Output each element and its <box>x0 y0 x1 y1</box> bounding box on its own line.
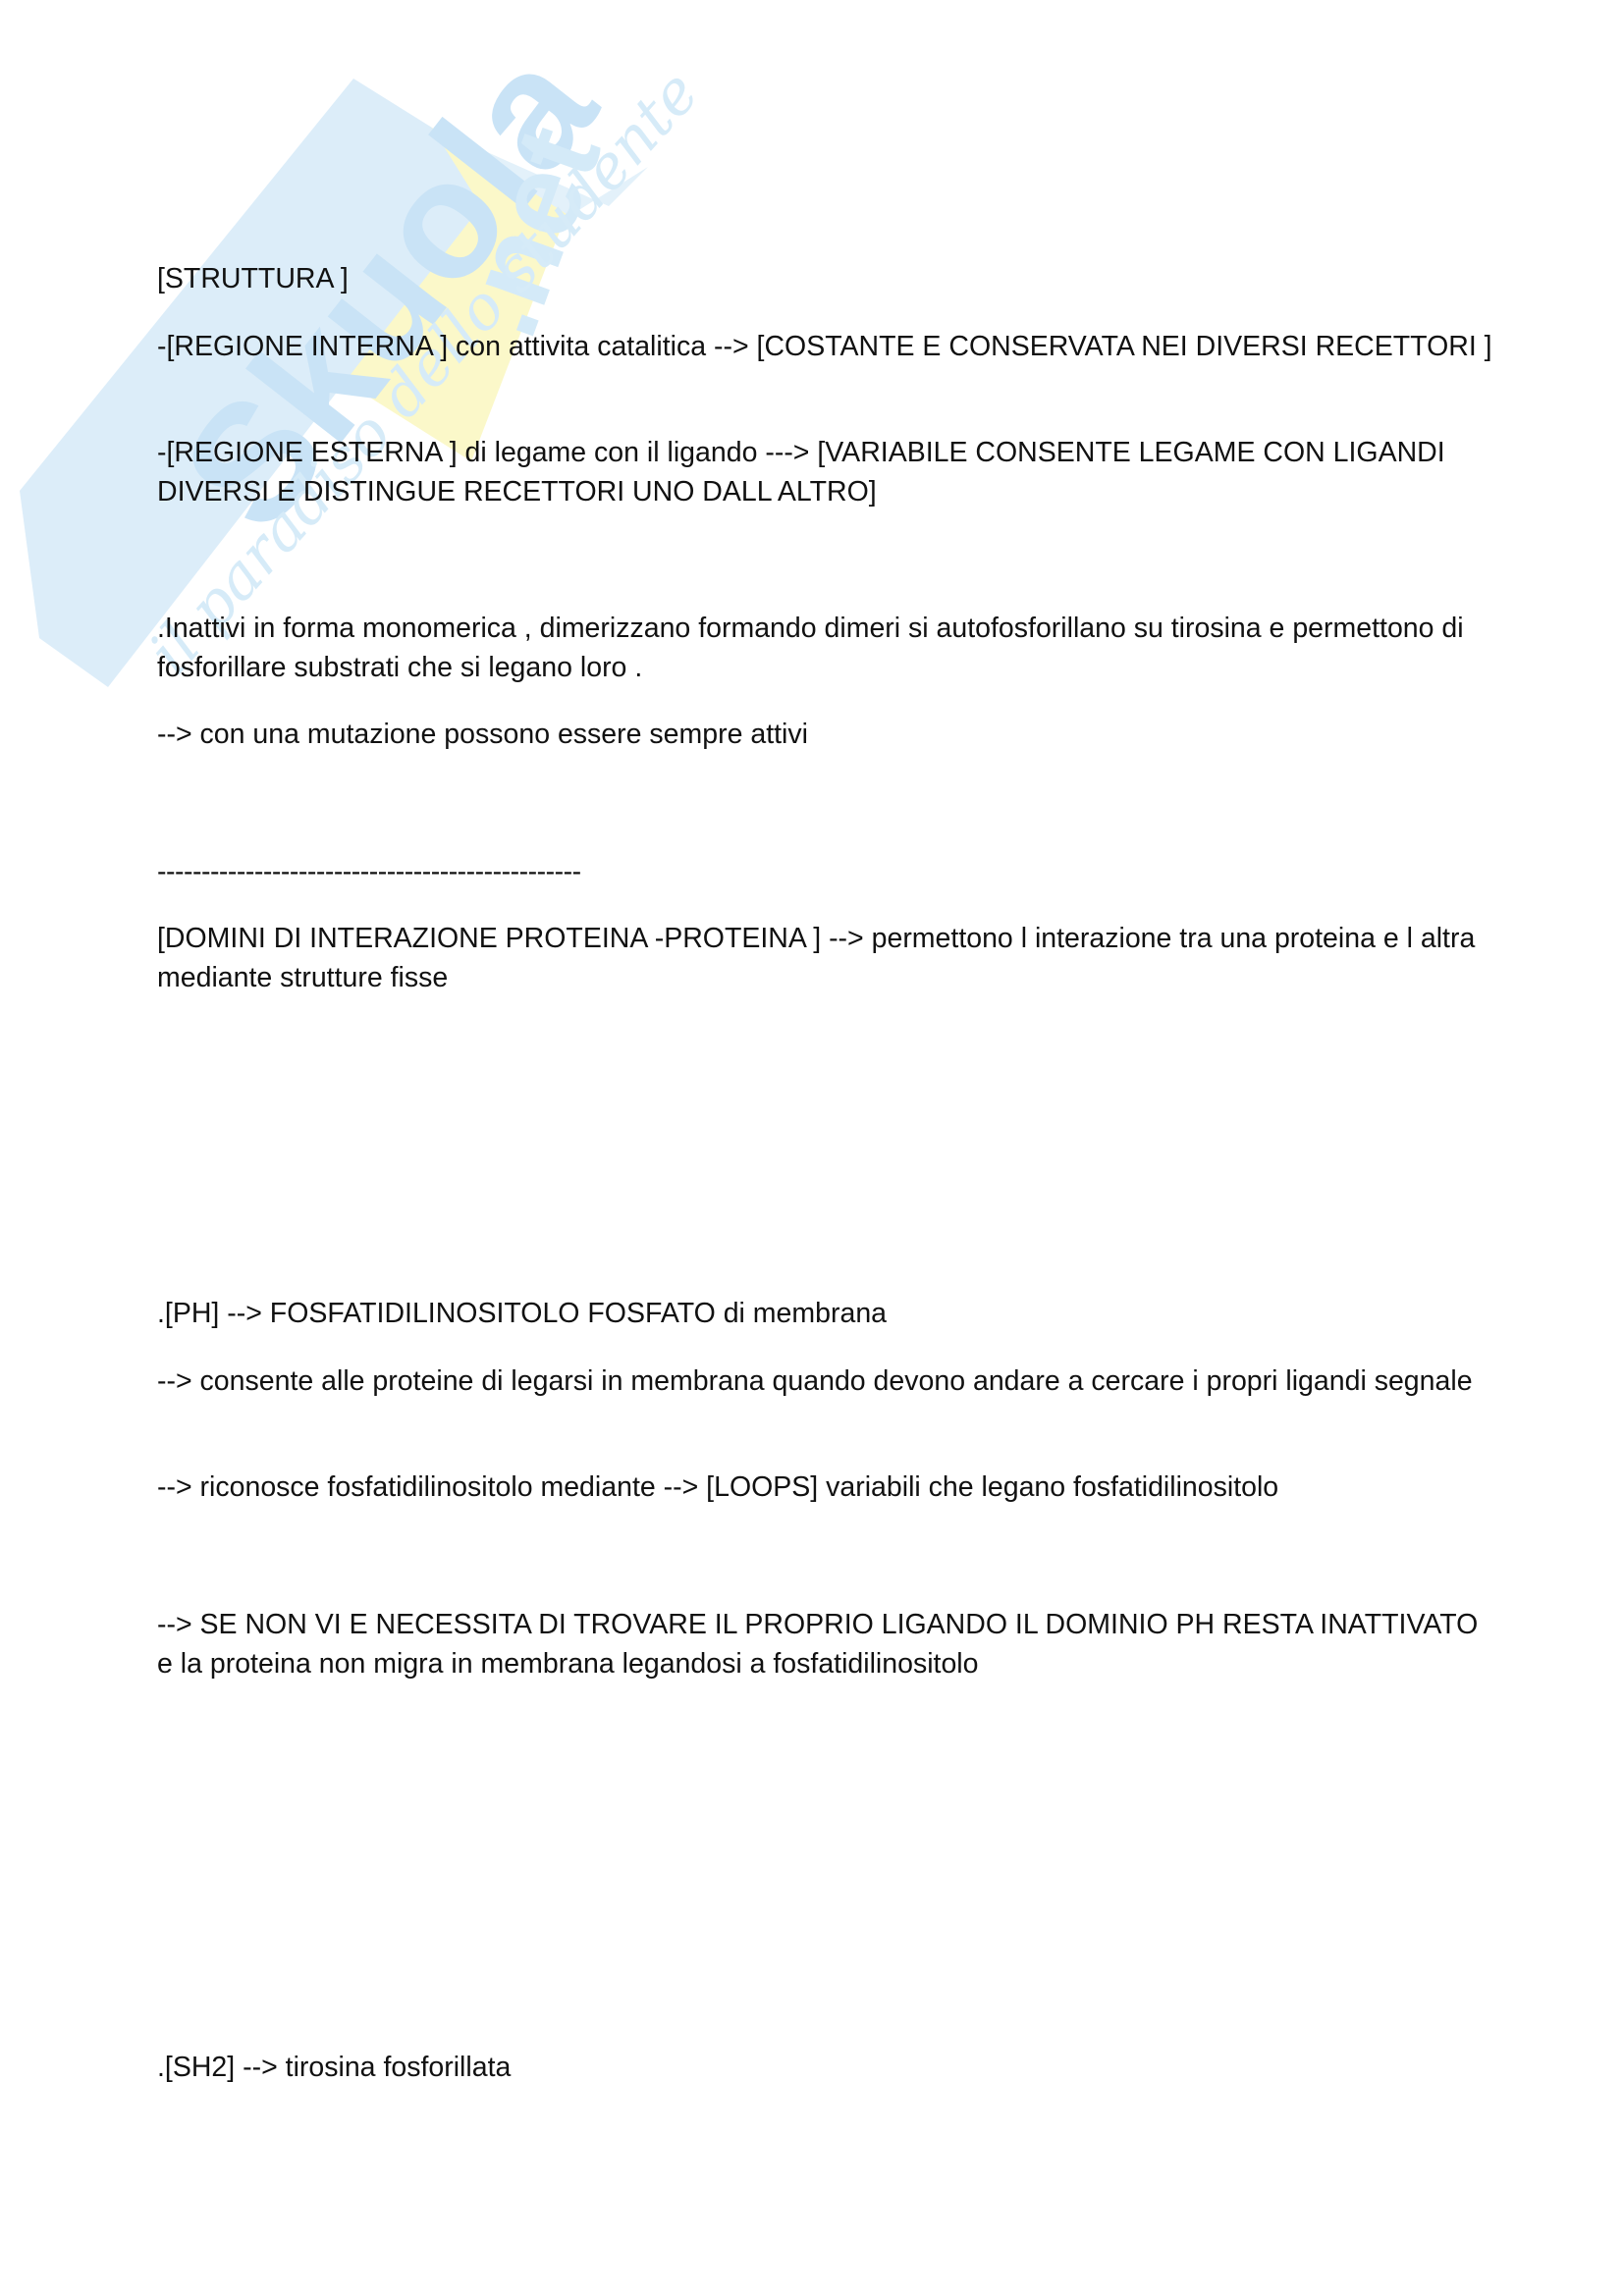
watermark-tagline: il paradiso dello studente <box>135 57 713 687</box>
paragraph-domini-interazione: [DOMINI DI INTERAZIONE PROTEINA -PROTEIN… <box>157 919 1492 997</box>
paragraph-regione-interna: -[REGIONE INTERNA ] con attivita catalit… <box>157 327 1492 366</box>
paragraph-regione-esterna: -[REGIONE ESTERNA ] di legame con il lig… <box>157 433 1492 511</box>
paragraph-ph-membrana: --> consente alle proteine di legarsi in… <box>157 1362 1492 1401</box>
paragraph-mutazione: --> con una mutazione possono essere sem… <box>157 715 1492 754</box>
watermark-blue-shape <box>20 79 481 687</box>
paragraph-ph-inattivato: --> SE NON VI E NECESSITA DI TROVARE IL … <box>157 1605 1492 1683</box>
paragraph-inattivi: .Inattivi in forma monomerica , dimerizz… <box>157 609 1492 687</box>
skuola-watermark-logo: Skuola .net il paradiso dello studente <box>20 49 727 697</box>
paragraph-sh2: .[SH2] --> tirosina fosforillata <box>157 2048 1492 2087</box>
watermark-tld: .net <box>431 111 626 352</box>
separator-line: ----------------------------------------… <box>157 852 1492 891</box>
paragraph-ph-loops: --> riconosce fosfatidilinositolo median… <box>157 1468 1492 1507</box>
paragraph-ph: .[PH] --> FOSFATIDILINOSITOLO FOSFATO di… <box>157 1294 1492 1333</box>
heading-struttura: [STRUTTURA ] <box>157 259 1492 298</box>
